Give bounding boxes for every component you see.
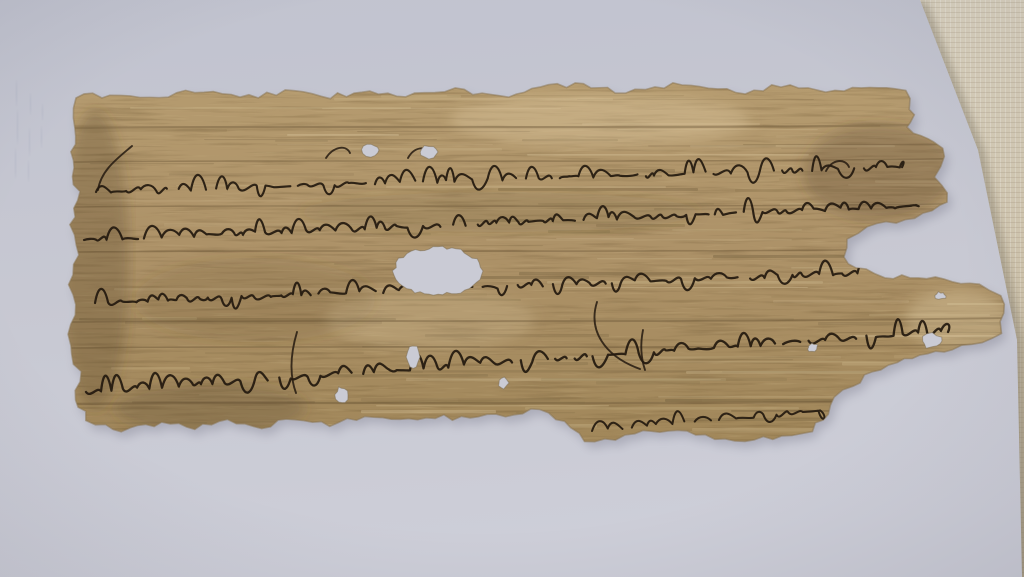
photo-vignette [0, 0, 1024, 577]
scene-svg [0, 0, 1024, 577]
photo-of-papyrus-fragment [0, 0, 1024, 577]
